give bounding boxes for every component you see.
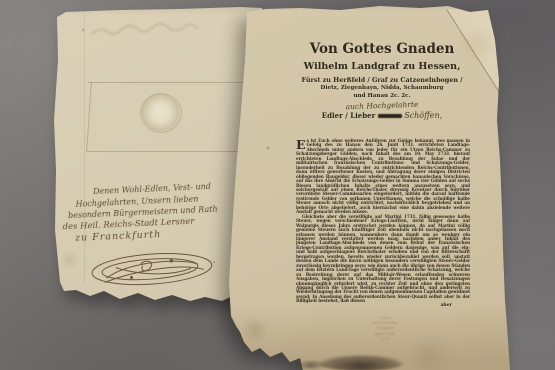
salutation-handwritten-text: Schöffen, bbox=[404, 111, 442, 120]
decree-heading-line-4: Dietz, Ziegenhayn, Nidda, Schaumburg bbox=[288, 85, 476, 92]
printed-decree-page: Von Gottes Gnaden Wilhelm Landgraf zu He… bbox=[0, 0, 555, 370]
paper-tear-hole-small bbox=[296, 360, 326, 370]
printed-page-shadow-wrap: Von Gottes Gnaden Wilhelm Landgraf zu He… bbox=[0, 0, 555, 370]
showthrough-line: L. S. bbox=[340, 336, 430, 342]
decree-heading-line-1: Von Gottes Gnaden bbox=[288, 42, 476, 57]
salutation-line: Edler / Lieber Schöffen, bbox=[288, 111, 476, 120]
decree-heading: Von Gottes Gnaden Wilhelm Landgraf zu He… bbox=[288, 42, 476, 120]
struck-out-word bbox=[378, 114, 402, 119]
salutation-printed-text: Edler / Lieber bbox=[322, 111, 376, 120]
decree-body-paragraph-1-text: s ist Euch ohne weiteres Anführen zur Gn… bbox=[296, 138, 470, 214]
drop-cap-initial: E bbox=[296, 139, 306, 152]
decree-heading-line-2: Wilhelm Landgraf zu Hessen, bbox=[288, 60, 476, 73]
showthrough-imprint-block: Geben zu Cassel den 4. Aprilis Anno 1734… bbox=[340, 316, 430, 343]
photo-backdrop: Denen Wohl-Edlen, Vest- und Hochgelahrte… bbox=[0, 0, 555, 370]
decree-heading-line-3: Fürst zu Herßfeld / Graf zu Catzenelnbog… bbox=[288, 76, 476, 84]
decree-body-paragraph-1: Es ist Euch ohne weiteres Anführen zur G… bbox=[296, 139, 470, 215]
decree-body-paragraph-2: Gleichwie aber die verwilligte auf Marti… bbox=[296, 215, 470, 304]
paper-tear-hole bbox=[318, 355, 404, 370]
catchword: aber bbox=[296, 303, 452, 308]
decree-body-text: Es ist Euch ohne weiteres Anführen zur G… bbox=[296, 139, 470, 304]
